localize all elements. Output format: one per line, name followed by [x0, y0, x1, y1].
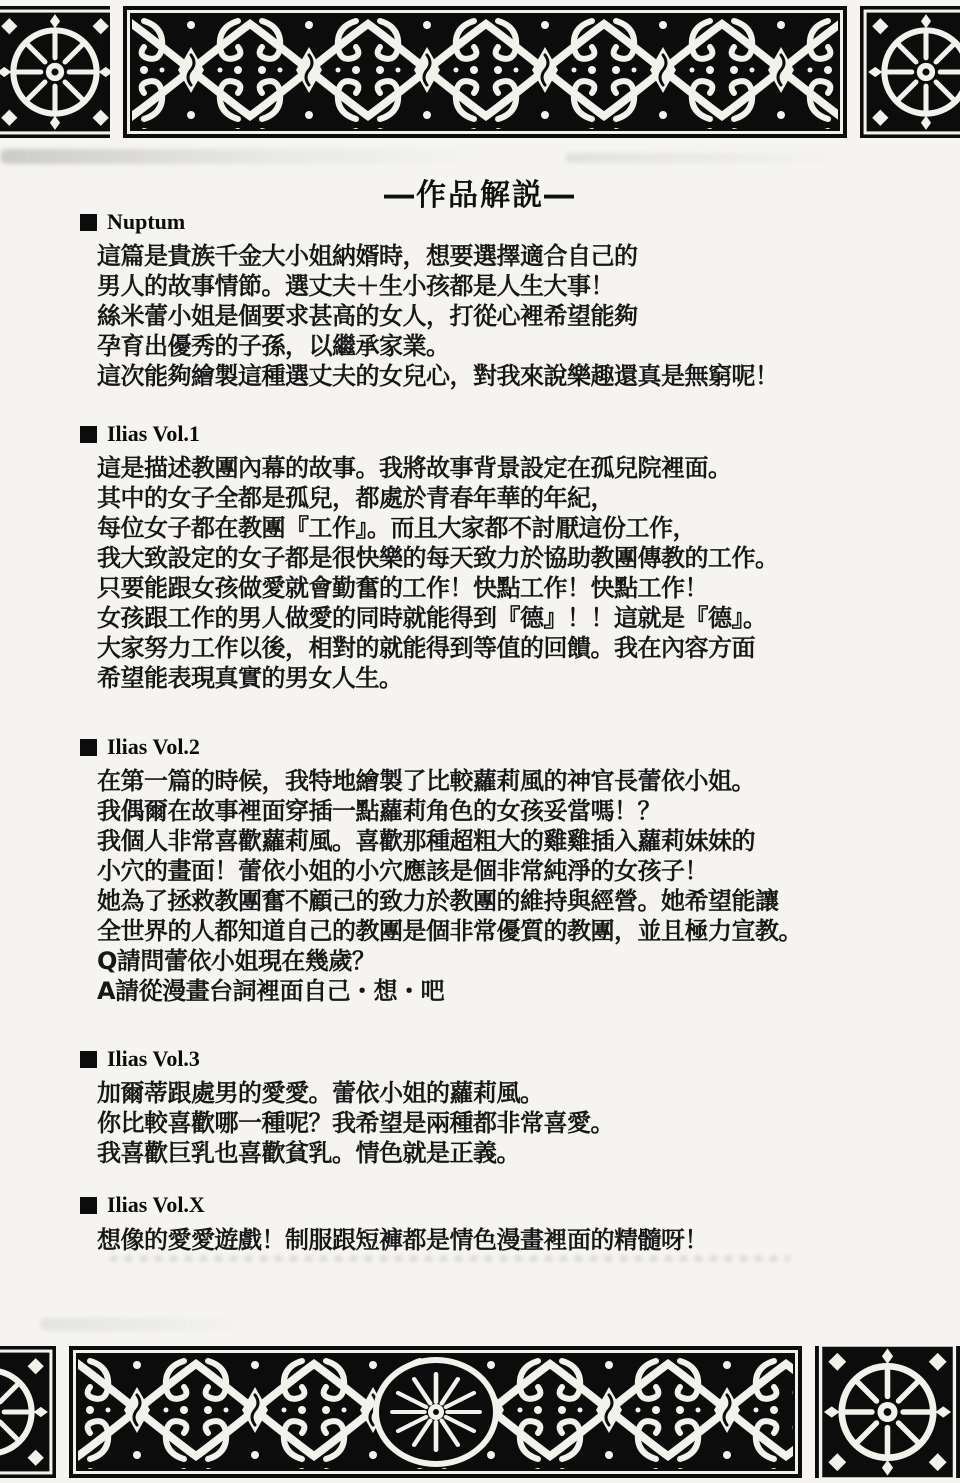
text-line: A請從漫畫台詞裡面自己・想・吧	[80, 976, 930, 1006]
rosette-icon	[815, 1346, 960, 1478]
text-line: 我喜歡巨乳也喜歡貧乳。情色就是正義。	[80, 1138, 930, 1168]
ornament-corner-rosette	[860, 6, 960, 138]
scan-smudge	[0, 149, 480, 164]
rosette-icon	[0, 1346, 56, 1478]
text-line: 這是描述教團內幕的故事。我將故事背景設定在孤兒院裡面。	[80, 453, 930, 483]
text-line: 在第一篇的時候，我特地繪製了比較蘿莉風的神官長蕾依小姐。	[80, 766, 930, 796]
section-header: Ilias Vol.2	[80, 735, 930, 759]
ornament-corner-rosette	[0, 6, 110, 138]
section-ilias-vol3: Ilias Vol.3 加爾蒂跟處男的愛愛。蕾依小姐的蘿莉風。 你比較喜歡哪一種…	[80, 1047, 930, 1168]
text-line: 男人的故事情節。選丈夫＋生小孩都是人生大事！	[80, 271, 930, 301]
section-header: Ilias Vol.3	[80, 1047, 930, 1071]
section-marker-icon	[80, 1051, 97, 1068]
scan-smudge	[40, 1318, 250, 1331]
section-marker-icon	[80, 739, 97, 756]
section-heading: Ilias Vol.2	[107, 735, 200, 759]
ornament-corner-rosette	[815, 1346, 960, 1478]
text-line: 我大致設定的女子都是很快樂的每天致力於協助教團傳教的工作。	[80, 543, 930, 573]
scan-smudge	[565, 153, 895, 163]
section-heading: Ilias Vol.X	[107, 1193, 205, 1217]
bottom-border	[0, 1346, 960, 1478]
text-line: 大家努力工作以後，相對的就能得到等值的回饋。我在內容方面	[80, 633, 930, 663]
section-header: Nuptum	[80, 210, 930, 234]
text-line: 想像的愛愛遊戲！制服跟短褲都是情色漫畫裡面的精髓呀！	[80, 1225, 930, 1255]
text-line: 這篇是貴族千金大小姐納婿時，想要選擇適合自己的	[80, 241, 930, 271]
rosette-icon	[0, 6, 110, 138]
text-line: Q請問蕾依小姐現在幾歲？	[80, 946, 930, 976]
text-line: 她為了拯救教團奮不顧己的致力於教團的維持與經營。她希望能讓	[80, 886, 930, 916]
text-line: 其中的女子全都是孤兒，都處於青春年華的年紀，	[80, 483, 930, 513]
text-line: 孕育出優秀的子孫，以繼承家業。	[80, 331, 930, 361]
text-line: 這次能夠繪製這種選丈夫的女兒心，對我來說樂趣還真是無窮呢！	[80, 361, 930, 391]
section-heading: Ilias Vol.1	[107, 422, 200, 446]
text-line: 只要能跟女孩做愛就會勤奮的工作！快點工作！快點工作！	[80, 573, 930, 603]
section-marker-icon	[80, 1197, 97, 1214]
ornament-band-arabesque	[69, 1346, 802, 1478]
rosette-icon	[860, 6, 960, 138]
section-marker-icon	[80, 426, 97, 443]
scan-smudge	[110, 1256, 790, 1261]
text-line: 女孩跟工作的男人做愛的同時就能得到『德』！！這就是『德』。	[80, 603, 930, 633]
section-heading: Ilias Vol.3	[107, 1047, 200, 1071]
section-header: Ilias Vol.X	[80, 1193, 930, 1217]
arabesque-icon	[132, 15, 838, 129]
section-header: Ilias Vol.1	[80, 422, 930, 446]
text-line: 希望能表現真實的男女人生。	[80, 663, 930, 693]
section-ilias-vol2: Ilias Vol.2 在第一篇的時候，我特地繪製了比較蘿莉風的神官長蕾依小姐。…	[80, 735, 930, 1006]
section-ilias-vol1: Ilias Vol.1 這是描述教團內幕的故事。我將故事背景設定在孤兒院裡面。 …	[80, 422, 930, 693]
text-line: 小穴的畫面！蕾依小姐的小穴應該是個非常純淨的女孩子！	[80, 856, 930, 886]
section-marker-icon	[80, 214, 97, 231]
text-line: 我個人非常喜歡蘿莉風。喜歡那種超粗大的雞雞插入蘿莉妹妹的	[80, 826, 930, 856]
text-line: 你比較喜歡哪一種呢？我希望是兩種都非常喜愛。	[80, 1108, 930, 1138]
oval-medallion-icon	[361, 1354, 511, 1470]
scanned-book-page: ―作品解説― Nuptum 這篇是貴族千金大小姐納婿時，想要選擇適合自己的 男人…	[0, 0, 960, 1483]
text-line: 全世界的人都知道自己的教團是個非常優質的教團，並且極力宣教。	[80, 916, 930, 946]
section-nuptum: Nuptum 這篇是貴族千金大小姐納婿時，想要選擇適合自己的 男人的故事情節。選…	[80, 210, 930, 391]
section-ilias-volx: Ilias Vol.X 想像的愛愛遊戲！制服跟短褲都是情色漫畫裡面的精髓呀！	[80, 1193, 930, 1255]
ornament-corner-rosette	[0, 1346, 56, 1478]
text-line: 絲米蕾小姐是個要求甚高的女人，打從心裡希望能夠	[80, 301, 930, 331]
text-line: 每位女子都在教團『工作』。而且大家都不討厭這份工作，	[80, 513, 930, 543]
section-heading: Nuptum	[107, 210, 185, 234]
text-line: 我偶爾在故事裡面穿插一點蘿莉角色的女孩妥當嗎！？	[80, 796, 930, 826]
top-border	[0, 6, 960, 138]
text-line: 加爾蒂跟處男的愛愛。蕾依小姐的蘿莉風。	[80, 1078, 930, 1108]
ornament-band-arabesque	[123, 6, 847, 138]
page-title: ―作品解説―	[0, 170, 960, 214]
